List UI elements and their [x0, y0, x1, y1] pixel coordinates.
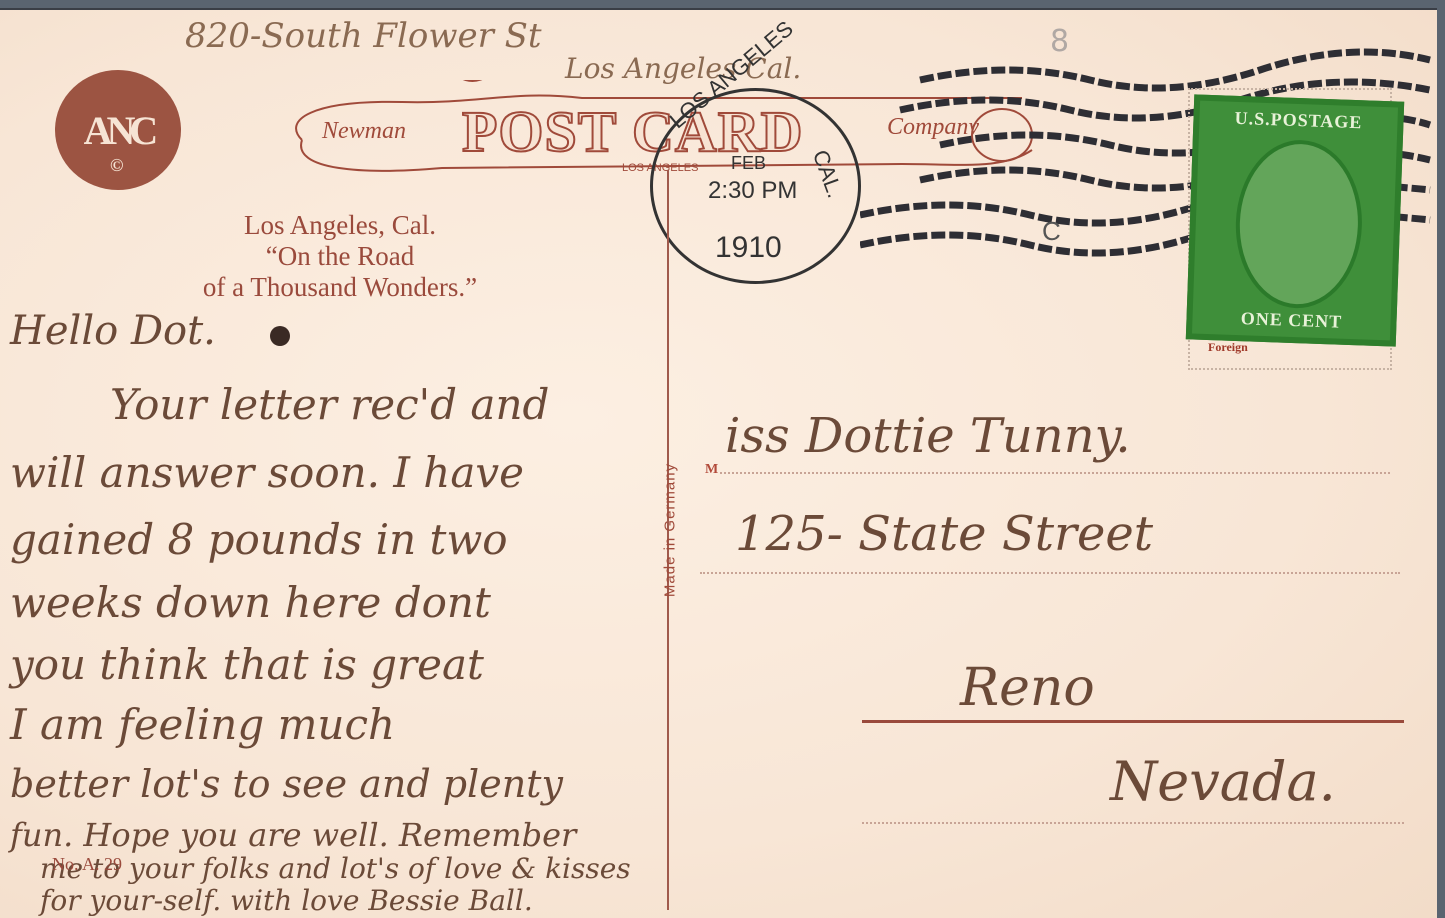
caption-line3: of a Thousand Wonders.” [140, 272, 540, 303]
ink-dot [270, 326, 290, 346]
caption-line2: “On the Road [140, 241, 540, 272]
header-newman: Newman [322, 118, 406, 145]
picture-caption: Los Angeles, Cal. “On the Road of a Thou… [140, 210, 540, 303]
card-number: No. A. 29 [52, 854, 122, 875]
logo-monogram: ANC [84, 107, 153, 154]
publisher-logo: ANC © [55, 70, 181, 190]
postage-stamp: U.S.POSTAGE ONE CENT [1186, 94, 1404, 346]
message-line: I am feeling much [10, 700, 395, 749]
made-in-label: Made in Germany [662, 463, 679, 597]
stamp-under-text: Foreign [1208, 340, 1248, 355]
message-line: you think that is great [10, 640, 484, 689]
message-line: gained 8 pounds in two [10, 515, 508, 564]
postmark-month: FEB [731, 153, 766, 174]
return-address-line1: 820-South Flower St [185, 16, 542, 56]
address-prefix: M [705, 462, 718, 478]
message-line: weeks down here dont [10, 578, 491, 627]
message-line: fun. Hope you are well. Remember [10, 816, 576, 854]
postmark-state: CAL. [807, 147, 848, 202]
address-line2: 125- State Street [735, 506, 1153, 562]
address-line1: iss Dottie Tunny. [725, 408, 1131, 464]
message-line: will answer soon. I have [10, 448, 524, 497]
logo-co: © [110, 155, 123, 176]
address-line4: Nevada. [1110, 750, 1336, 813]
postmark-circle: LOS ANGELES FEB 2:30 PM 1910 CAL. [650, 88, 861, 284]
address-rule-1 [720, 472, 1390, 475]
message-line: Your letter rec'd and [110, 380, 549, 429]
address-line3: Reno [960, 658, 1095, 718]
postmark-machine-letter: C [1042, 216, 1061, 247]
address-rule-4 [862, 822, 1404, 825]
franklin-portrait-icon [1233, 138, 1365, 310]
stamp-top-text: U.S.POSTAGE [1199, 107, 1398, 135]
message-line: for your-self. with love Bessie Ball. [40, 884, 533, 917]
caption-line1: Los Angeles, Cal. [140, 210, 540, 241]
message-line: better lot's to see and plenty [10, 762, 563, 806]
address-rule-3 [862, 720, 1404, 723]
message-line: me to your folks and lot's of love & kis… [40, 852, 631, 885]
address-rule-2 [700, 572, 1400, 575]
stamp-bottom-text: ONE CENT [1192, 306, 1391, 334]
message-line: Hello Dot. [10, 308, 216, 354]
postmark-time: 2:30 PM [708, 177, 797, 205]
postmark-year: 1910 [715, 231, 782, 265]
postcard: 820-South Flower St Los Angeles Cal. 8 A… [0, 8, 1437, 918]
